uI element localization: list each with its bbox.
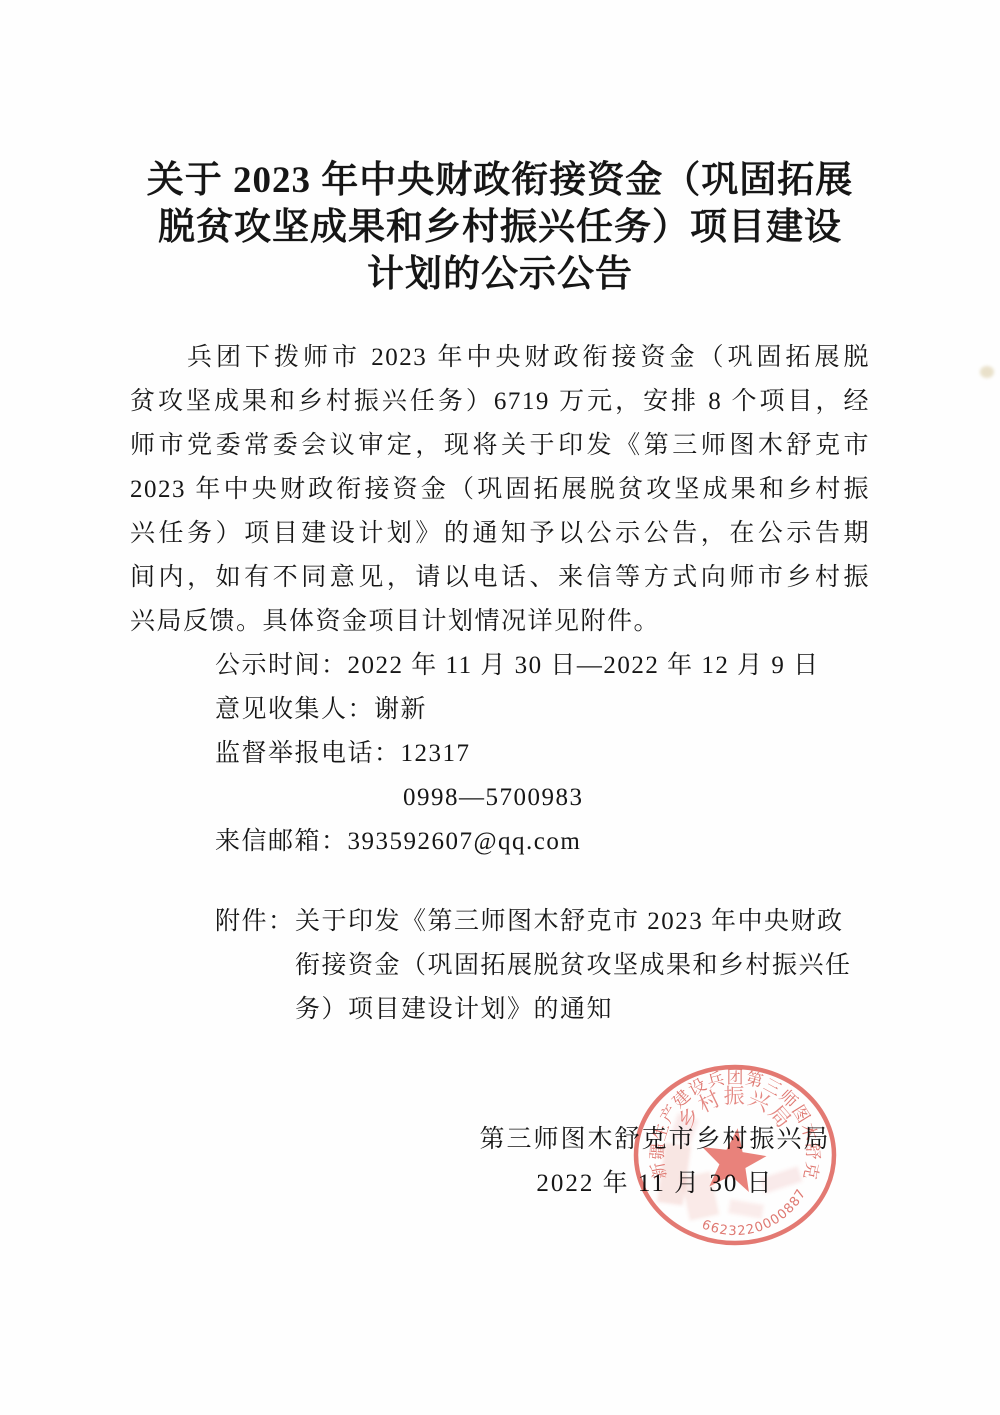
- paragraph-line: 兴任务）项目建设计划》的通知予以公示公告，在公示告期: [130, 512, 870, 556]
- paragraph-line: 贫攻坚成果和乡村振兴任务）6719 万元，安排 8 个项目，经: [130, 380, 870, 424]
- publicity-period-line: 公示时间：2022 年 11 月 30 日—2022 年 12 月 9 日: [130, 644, 870, 688]
- attachment-section: 附件：关于印发《第三师图木舒克市 2023 年中央财政 衔接资金（巩固拓展脱贫攻…: [130, 900, 870, 1032]
- phone-number-line: 0998—5700983: [130, 776, 870, 820]
- title-line: 计划的公示公告: [120, 251, 880, 298]
- official-seal-stamp: 新疆生产建设兵团第三师图木舒克市 乡村振兴局 6623220000887: [633, 1064, 837, 1248]
- body-text: 兵团下拨师市 2023 年中央财政衔接资金（巩固拓展脱 贫攻坚成果和乡村振兴任务…: [130, 336, 870, 864]
- paragraph-line: 兴局反馈。具体资金项目计划情况详见附件。: [130, 600, 870, 644]
- attachment-label: 附件：: [215, 900, 295, 944]
- opinion-collector-line: 意见收集人：谢新: [130, 688, 870, 732]
- email-line: 来信邮箱：393592607@qq.com: [130, 820, 870, 864]
- paragraph-line: 间内，如有不同意见，请以电话、来信等方式向师市乡村振: [130, 556, 870, 600]
- title-line: 脱贫攻坚成果和乡村振兴任务）项目建设: [120, 204, 880, 251]
- title-line: 关于 2023 年中央财政衔接资金（巩固拓展: [120, 157, 880, 204]
- attachment-line: 务）项目建设计划》的通知: [130, 988, 870, 1032]
- paragraph-line: 兵团下拨师市 2023 年中央财政衔接资金（巩固拓展脱: [130, 336, 870, 380]
- report-phone-line: 监督举报电话：12317: [130, 732, 870, 776]
- paragraph-line: 师市党委常委会议审定，现将关于印发《第三师图木舒克市: [130, 424, 870, 468]
- scan-artifact: [980, 366, 994, 378]
- document-page: 关于 2023 年中央财政衔接资金（巩固拓展 脱贫攻坚成果和乡村振兴任务）项目建…: [0, 0, 1000, 1415]
- document-title: 关于 2023 年中央财政衔接资金（巩固拓展 脱贫攻坚成果和乡村振兴任务）项目建…: [120, 157, 880, 298]
- attachment-text: 关于印发《第三师图木舒克市 2023 年中央财政: [295, 908, 844, 935]
- attachment-line: 衔接资金（巩固拓展脱贫攻坚成果和乡村振兴任: [130, 944, 870, 988]
- attachment-first-line: 附件：关于印发《第三师图木舒克市 2023 年中央财政: [130, 900, 870, 944]
- paragraph-line: 2023 年中央财政衔接资金（巩固拓展脱贫攻坚成果和乡村振: [130, 468, 870, 512]
